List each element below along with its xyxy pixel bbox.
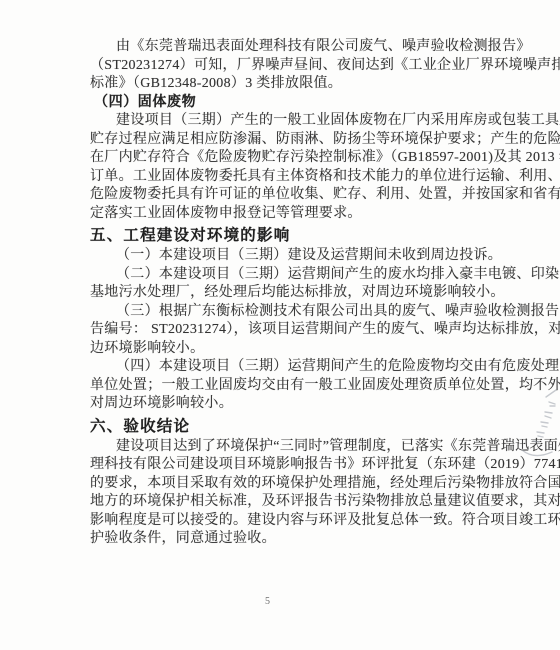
document-page: 由《东莞普瑞迅表面处理科技有限公司废气、噪声验收检测报告》 （ST2023127… [0, 0, 560, 650]
text-line: 理科技有限公司建设项目环境影响报告书》环评批复（东环建（2019）7741 号） [90, 456, 494, 475]
text-line: 贮存过程应满足相应防渗漏、防雨淋、防扬尘等环境保护要求；产生的危险废物 [90, 131, 494, 150]
text-line: 定落实工业固体废物申报登记等管理要求。 [90, 205, 494, 224]
text-line: 护验收条件，同意通过验收。 [90, 530, 494, 549]
text-line: 标准》（GB12348-2008）3 类排放限值。 [90, 75, 494, 94]
text-line: （ST20231274）可知，厂界噪声昼间、夜间达到《工业企业厂界环境噪声排放 [90, 57, 494, 76]
text-line: 危险废物委托具有许可证的单位收集、贮存、利用、处置，并按国家和省有关规 [90, 186, 494, 205]
text-line: 告编号： ST20231274），该项目运营期间产生的废气、噪声均达标排放，对周 [90, 321, 494, 340]
text-line: 在厂内贮存符合《危险废物贮存污染控制标准》（GB18597-2001)及其 20… [90, 149, 494, 168]
text-line: 单位处置；一般工业固废均交由有一般工业固废处理资质单位处置，均不外排， [90, 377, 494, 396]
text-line: （四）本建设项目（三期）运营期间产生的危险废物均交由有危废处理资质 [90, 358, 494, 377]
text-line: 地方的环境保护相关标准，及环评报告书污染物排放总量建议值要求，其对环境 [90, 493, 494, 512]
text-line: （三）根据广东衡标检测技术有限公司出具的废气、噪声验收检测报告（报 [90, 303, 494, 322]
text-line: 由《东莞普瑞迅表面处理科技有限公司废气、噪声验收检测报告》 [90, 38, 494, 57]
subsection-heading-solid-waste: （四）固体废物 [90, 94, 494, 113]
text-line: 基地污水处理厂，经处理后均能达标排放，对周边环境影响较小。 [90, 284, 494, 303]
text-line: 建设项目（三期）产生的一般工业固体废物在厂内采用库房或包装工具贮存， [90, 112, 494, 131]
text-line: 影响程度是可以接受的。建设内容与环评及批复总体一致。符合项目竣工环境保 [90, 512, 494, 531]
text-line: 边环境影响较小。 [90, 340, 494, 359]
section-heading-impact: 五、工程建设对环境的影响 [90, 226, 494, 246]
page-number: 5 [0, 596, 536, 607]
text-line: 建设项目达到了环境保护“三同时”管理制度，已落实《东莞普瑞迅表面处 [90, 438, 494, 457]
text-line: （一）本建设项目（三期）建设及运营期间未收到周边投诉。 [90, 247, 494, 266]
text-line: 对周边环境影响较小。 [90, 395, 494, 414]
document-text-block: 由《东莞普瑞迅表面处理科技有限公司废气、噪声验收检测报告》 （ST2023127… [90, 38, 494, 549]
text-line: 订单。工业固体废物委托具有主体资格和技术能力的单位进行运输、利用、处置， [90, 168, 494, 187]
text-line: 的要求，本项目采取有效的环境保护处理措施，经处理后污染物排放符合国家和 [90, 475, 494, 494]
text-line: （二）本建设项目（三期）运营期间产生的废水均排入豪丰电镀、印染专业 [90, 266, 494, 285]
section-heading-conclusion: 六、验收结论 [90, 417, 494, 437]
